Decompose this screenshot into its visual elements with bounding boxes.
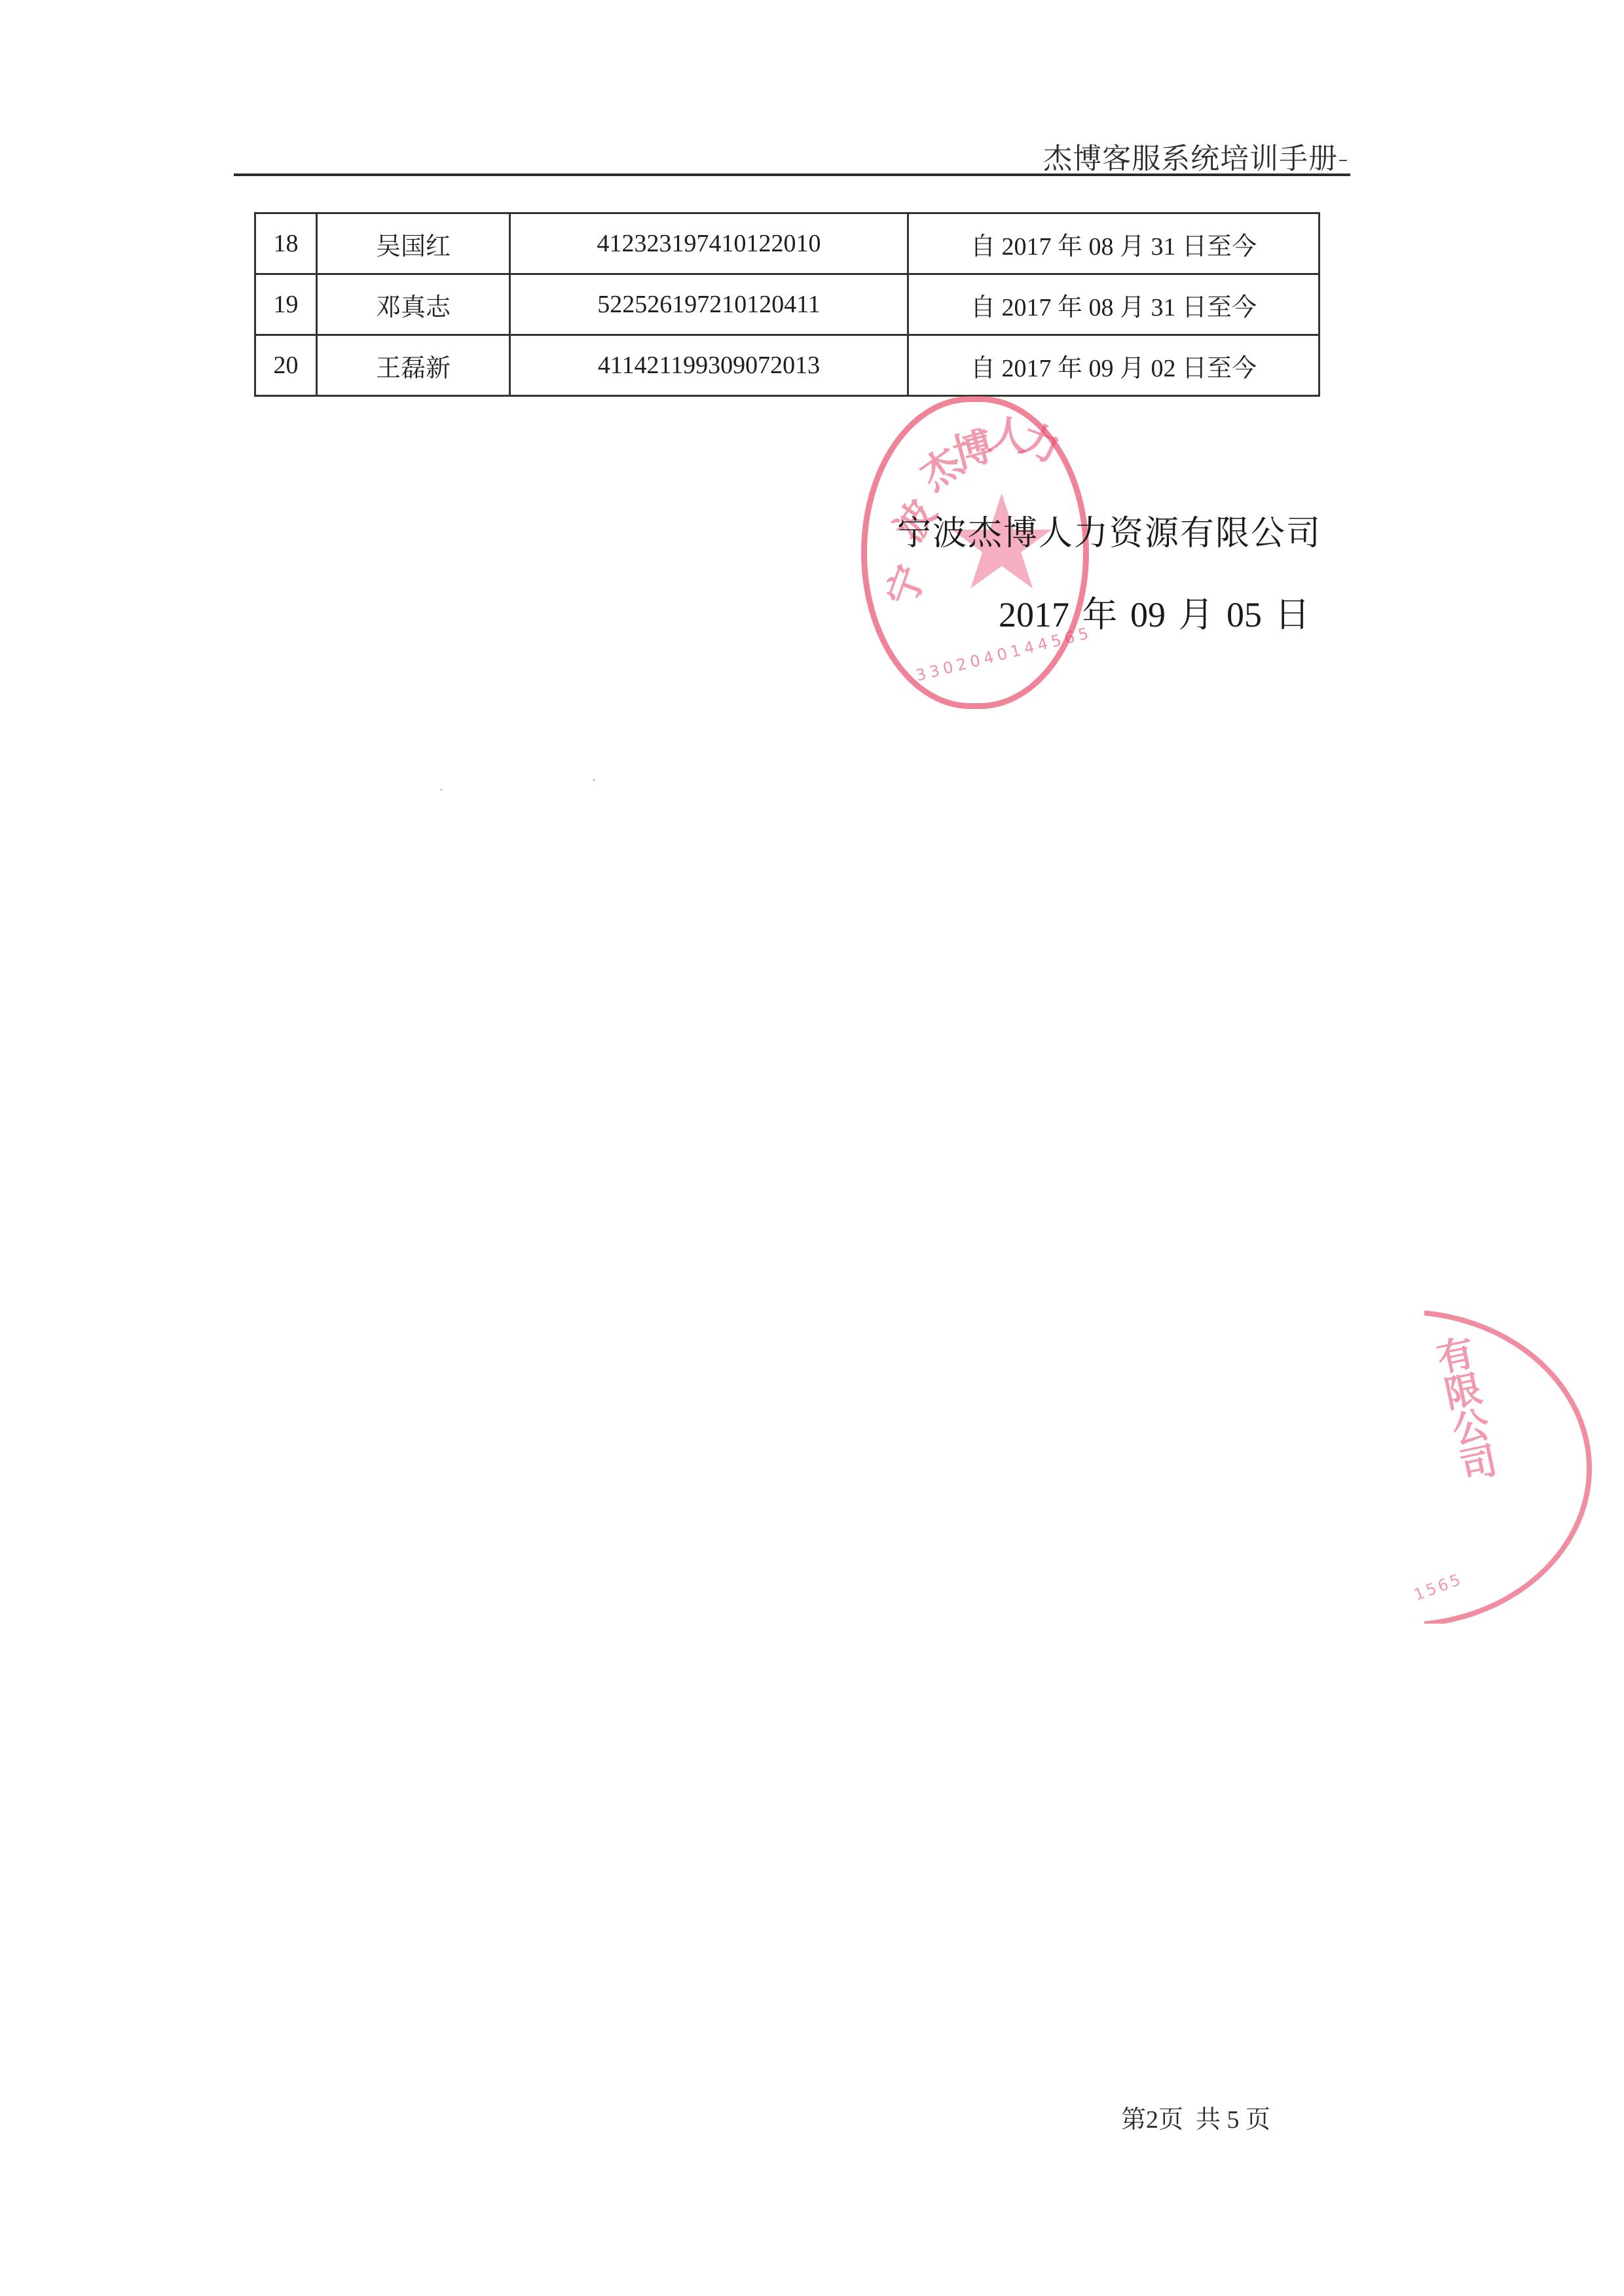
row-number: 18: [255, 213, 317, 274]
employee-name: 吴国红: [317, 213, 510, 274]
row-number: 20: [255, 335, 317, 396]
table-row: 19 邓真志 522526197210120411 自 2017 年 08 月 …: [255, 274, 1319, 335]
employee-table: 18 吴国红 412323197410122010 自 2017 年 08 月 …: [254, 212, 1320, 397]
employment-period: 自 2017 年 09 月 02 日至今: [908, 335, 1319, 396]
page-number: 第2页 共 5 页: [1121, 2099, 1270, 2135]
signature-date: 2017 年 09 月 05 日: [999, 587, 1310, 637]
scan-speck: [593, 779, 595, 781]
row-number: 19: [255, 274, 317, 335]
employee-name: 邓真志: [317, 274, 510, 335]
employee-name: 王磊新: [317, 335, 510, 396]
table-row: 18 吴国红 412323197410122010 自 2017 年 08 月 …: [255, 213, 1319, 274]
employment-period: 自 2017 年 08 月 31 日至今: [908, 213, 1319, 274]
company-name: 宁波杰博人力资源有限公司: [897, 505, 1321, 555]
document-header-title: 杰博客服系统培训手册-: [1008, 135, 1349, 177]
scan-speck: [440, 789, 443, 791]
header-divider: [234, 173, 1350, 176]
id-number: 412323197410122010: [510, 213, 908, 274]
table-row: 20 王磊新 411421199309072013 自 2017 年 09 月 …: [255, 335, 1319, 396]
id-number: 411421199309072013: [510, 335, 908, 396]
id-number: 522526197210120411: [510, 274, 908, 335]
employment-period: 自 2017 年 08 月 31 日至今: [908, 274, 1319, 335]
